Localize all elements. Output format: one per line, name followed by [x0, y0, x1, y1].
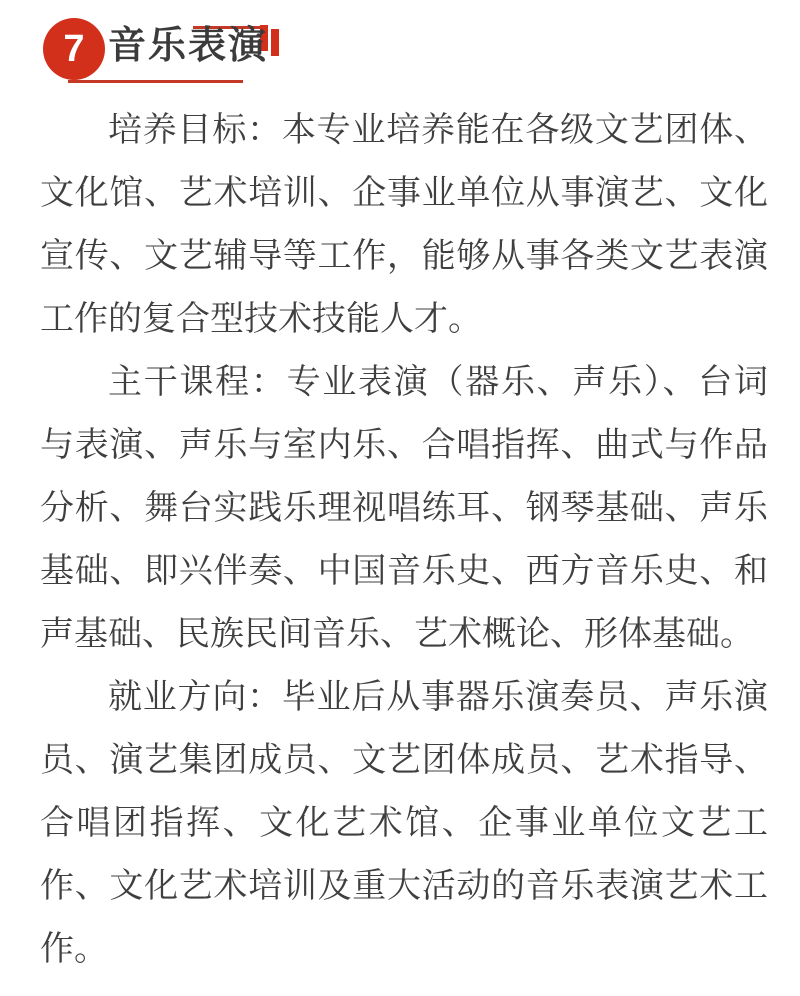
- section-number-badge: 7: [43, 18, 105, 80]
- section-content: 培养目标：本专业培养能在各级文艺团体、文化馆、艺术培训、企事业单位从事演艺、文化…: [40, 99, 768, 981]
- section-title: 音乐表演: [108, 24, 268, 68]
- document-page: 7 音乐表演 培养目标：本专业培养能在各级文艺团体、文化馆、艺术培训、企事业单位…: [0, 0, 800, 996]
- paragraph-core-courses: 主干课程：专业表演（器乐、声乐）、台词与表演、声乐与室内乐、合唱指挥、曲式与作品…: [40, 351, 768, 666]
- header-underline-decoration: [68, 80, 243, 83]
- paragraph-career-direction: 就业方向：毕业后从事器乐演奏员、声乐演员、演艺集团成员、文艺团体成员、艺术指导、…: [40, 666, 768, 981]
- header-accent-bar-icon: [271, 29, 279, 56]
- section-number: 7: [63, 28, 84, 71]
- paragraph-training-objectives: 培养目标：本专业培养能在各级文艺团体、文化馆、艺术培训、企事业单位从事演艺、文化…: [40, 99, 768, 351]
